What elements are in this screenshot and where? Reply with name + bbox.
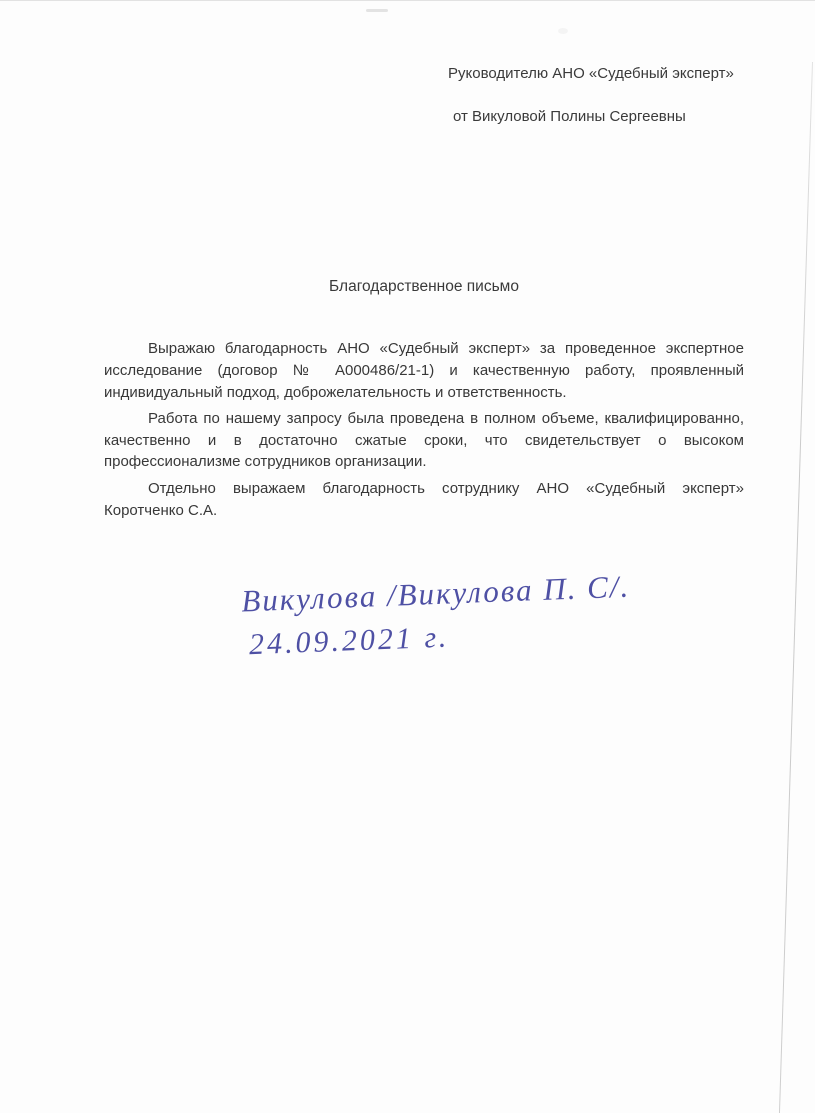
paragraph-employee-thanks: Отдельно выражаем благодарность сотрудни… <box>104 478 744 522</box>
letter-title: Благодарственное письмо <box>104 278 744 296</box>
handwritten-signature: Викулова /Викулова П. С/. <box>241 569 631 620</box>
letter-body: Выражаю благодарность АНО «Судебный эксп… <box>104 338 744 526</box>
letter-header: Руководителю АНО «Судебный эксперт» от В… <box>448 64 734 127</box>
signature-area: Викулова /Викулова П. С/. 24.09.2021 г. <box>241 569 633 663</box>
scan-top-mark <box>366 9 388 12</box>
scan-page-edge-line <box>779 62 813 1113</box>
paragraph-work-quality: Работа по нашему запросу была проведена … <box>104 408 744 473</box>
handwritten-date: 24.09.2021 г. <box>248 614 632 663</box>
scan-top-edge-line <box>0 0 815 1</box>
sender-line: от Викуловой Полины Сергеевны <box>448 107 734 127</box>
paragraph-gratitude: Выражаю благодарность АНО «Судебный эксп… <box>104 338 744 403</box>
scanned-letter-page: Руководителю АНО «Судебный эксперт» от В… <box>0 0 815 1113</box>
scan-smudge <box>558 28 568 34</box>
recipient-line: Руководителю АНО «Судебный эксперт» <box>448 64 734 84</box>
